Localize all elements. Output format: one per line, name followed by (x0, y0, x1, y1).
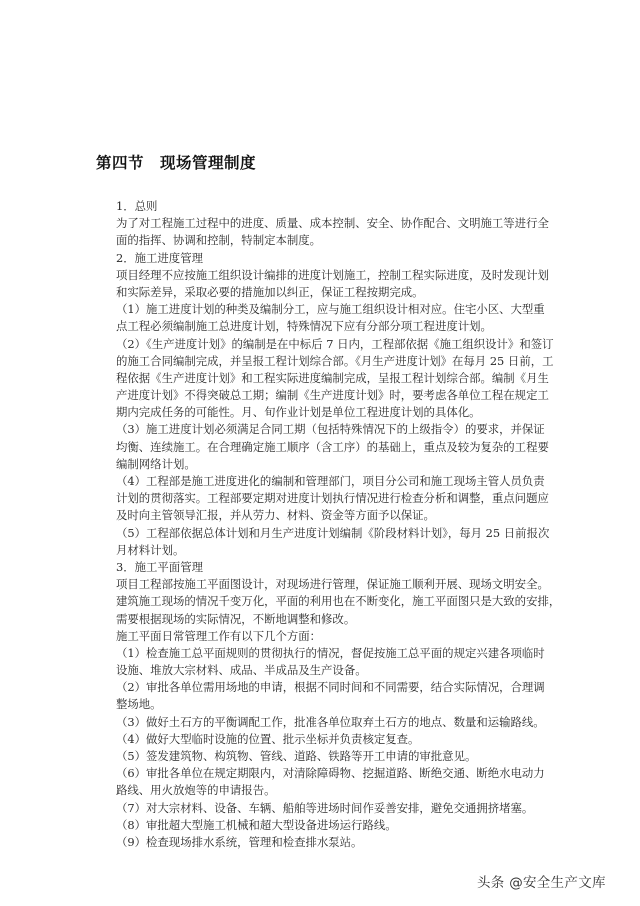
list-item-line: 点工程必须编制施工总进度计划，特殊情况下应有分部分项工程进度计划。 (116, 318, 586, 335)
paragraph-line: 项目经理不应按施工组织设计编排的进度计划施工，控制工程实际进度，及时发现计划 (116, 267, 586, 284)
list-item-line: （7）对大宗材料、设备、车辆、船舶等进场时间作妥善安排，避免交通拥挤堵塞。 (116, 800, 586, 817)
list-item-line: （2）审批各单位需用场地的申请，根据不同时间和不同需要，结合实际情况，合理调 (116, 679, 586, 696)
heading-site-plan-management: 3．施工平面管理 (116, 559, 586, 576)
paragraph-line: 和实际差异，采取必要的措施加以纠正，保证工程按期完成。 (116, 284, 586, 301)
source-watermark: 头条 @安全生产文库 (477, 871, 606, 891)
section-title: 第四节 现场管理制度 (96, 151, 256, 173)
paragraph-line: 施工平面日常管理工作有以下几个方面： (116, 628, 586, 645)
list-item-line: 整场地。 (116, 696, 586, 713)
list-item-line: 的施工合同编制完成，并呈报工程计划综合部。《月生产进度计划》在每月 25 日前，… (116, 353, 586, 370)
list-item-line: （5）签发建筑物、构筑物、管线、道路、铁路等开工申请的审批意见。 (116, 748, 586, 765)
paragraph-line: 需要根据现场的实际情况，不断地调整和修改。 (116, 611, 586, 628)
document-body: 1．总则 为了对工程施工过程中的进度、质量、成本控制、安全、协作配合、文明施工等… (116, 198, 586, 851)
list-item-line: 产进度计划》不得突破总工期；编制《生产进度计划》时，要考虑各单位工程在规定工 (116, 387, 586, 404)
list-item-line: （3）施工进度计划必须满足合同工期（包括特殊情况下的上级指令）的要求，并保证 (116, 421, 586, 438)
list-item-line: （3）做好土石方的平衡调配工作，批准各单位取弃土石方的地点、数量和运输路线。 (116, 714, 586, 731)
list-item-line: 设施、堆放大宗材料、成品、半成品及生产设备。 (116, 662, 586, 679)
list-item-line: 计划的贯彻落实。工程部要定期对进度计划执行情况进行检查分析和调整，重点问题应 (116, 490, 586, 507)
heading-schedule-management: 2．施工进度管理 (116, 250, 586, 267)
list-item-line: （5）工程部依据总体计划和月生产进度计划编制《阶段材料计划》，每月 25 日前报… (116, 525, 586, 542)
list-item-line: （4）工程部是施工进度进化的编制和管理部门，项目分公司和施工现场主管人员负责 (116, 473, 586, 490)
list-item-line: 月材料计划。 (116, 542, 586, 559)
heading-general: 1．总则 (116, 198, 586, 215)
list-item-line: 编制网络计划。 (116, 456, 586, 473)
list-item-line: （1）施工进度计划的种类及编制分工，应与施工组织设计相对应。住宅小区、大型重 (116, 301, 586, 318)
paragraph-line: 建筑施工现场的情况千变万化，平面的利用也在不断变化，施工平面图只是大致的安排， (116, 593, 586, 610)
list-item-line: 程依据《生产进度计划》和工程实际进度编制完成，呈报工程计划综合部。编制《月生 (116, 370, 586, 387)
paragraph-line: 项目工程部按施工平面图设计，对现场进行管理，保证施工顺利开展、现场文明安全。 (116, 576, 586, 593)
list-item-line: （6）审批各单位在规定期限内，对清除障碍物、挖掘道路、断绝交通、断绝水电动力 (116, 765, 586, 782)
list-item-line: （2）《生产进度计划》的编制是在中标后 7 日内，工程部依据《施工组织设计》和签… (116, 336, 586, 353)
list-item-line: 路线、用火放炮等的申请报告。 (116, 782, 586, 799)
list-item-line: 均衡、连续施工。在合理确定施工顺序（含工序）的基础上，重点及较为复杂的工程要 (116, 439, 586, 456)
document-page: 第四节 现场管理制度 1．总则 为了对工程施工过程中的进度、质量、成本控制、安全… (0, 0, 640, 906)
list-item-line: （8）审批超大型施工机械和超大型设备进场运行路线。 (116, 817, 586, 834)
paragraph-line: 为了对工程施工过程中的进度、质量、成本控制、安全、协作配合、文明施工等进行全 (116, 215, 586, 232)
list-item-line: 及时向主管领导汇报，并从劳力、材料、资金等方面予以保证。 (116, 507, 586, 524)
list-item-line: （1）检查施工总平面规则的贯彻执行的情况，督促按施工总平面的规定兴建各项临时 (116, 645, 586, 662)
list-item-line: （9）检查现场排水系统，管理和检查排水泵站。 (116, 834, 586, 851)
list-item-line: （4）做好大型临时设施的位置、批示坐标并负责核定复查。 (116, 731, 586, 748)
list-item-line: 期内完成任务的可能性。月、旬作业计划是单位工程进度计划的具体化。 (116, 404, 586, 421)
paragraph-line: 面的指挥、协调和控制，特制定本制度。 (116, 232, 586, 249)
